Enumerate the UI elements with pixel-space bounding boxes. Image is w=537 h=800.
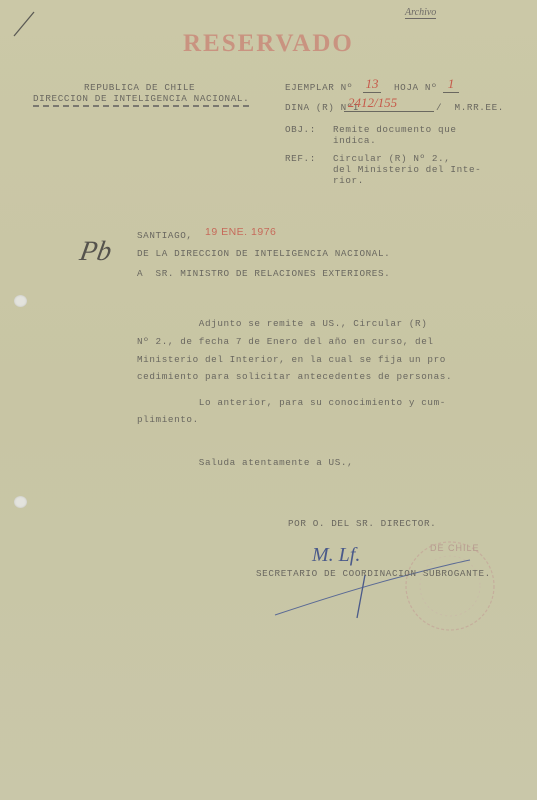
punch-hole <box>14 496 27 508</box>
ref-text-line3: rior. <box>333 175 364 186</box>
dina-suffix: / M.RR.EE. <box>436 102 504 113</box>
obj-text-line1: Remite documento que <box>333 124 457 135</box>
document-page: Archivo RESERVADO REPUBLICA DE CHILE DIR… <box>0 0 537 800</box>
punch-hole <box>14 295 27 307</box>
body-line: cedimiento para solicitar antecedentes d… <box>137 371 452 382</box>
by-order-line: POR O. DEL SR. DIRECTOR. <box>288 518 436 529</box>
obj-label: OBJ.: <box>285 124 316 135</box>
margin-initials: Pb <box>77 236 114 268</box>
ref-text-line2: del Ministerio del Inte- <box>333 164 481 175</box>
body-line: Nº 2., de fecha 7 de Enero del año en cu… <box>137 336 434 347</box>
handwritten-annotation: Archivo <box>405 7 436 19</box>
obj-text-line2: indica. <box>333 135 376 146</box>
pen-mark-icon <box>10 10 40 40</box>
to-line: A SR. MINISTRO DE RELACIONES EXTERIORES. <box>137 268 390 279</box>
ejemplar-label: EJEMPLAR Nº <box>285 82 353 93</box>
closing-line: Saluda atentamente a US., <box>137 457 353 468</box>
hoja-label: HOJA Nº <box>394 82 437 93</box>
ref-text-line1: Circular (R) Nº 2., <box>333 153 450 164</box>
ref-label: REF.: <box>285 153 316 164</box>
date-stamp: 19 ENE. 1976 <box>205 226 276 238</box>
signatory-title: SECRETARIO DE COORDINACION SUBROGANTE. <box>256 568 491 579</box>
ejemplar-value: 13 <box>363 76 381 93</box>
body-line: Ministerio del Interior, en la cual se f… <box>137 354 446 365</box>
body-line: plimiento. <box>137 414 199 425</box>
from-line: DE LA DIRECCION DE INTELIGENCIA NACIONAL… <box>137 248 390 259</box>
signature-stroke-icon <box>270 555 470 625</box>
body-line: Lo anterior, para su conocimiento y cum- <box>137 397 446 408</box>
letterhead-agency: DIRECCION DE INTELIGENCIA NACIONAL. <box>33 93 249 107</box>
hoja-value: 1 <box>443 76 459 93</box>
dina-number: 2412/155 <box>344 95 434 112</box>
seal-text: DE CHILE <box>430 543 480 553</box>
place-line: SANTIAGO, <box>137 230 193 241</box>
letterhead-country: REPUBLICA DE CHILE <box>84 82 195 93</box>
body-line: Adjunto se remite a US., Circular (R) <box>137 318 427 329</box>
classification-stamp: RESERVADO <box>183 30 354 58</box>
